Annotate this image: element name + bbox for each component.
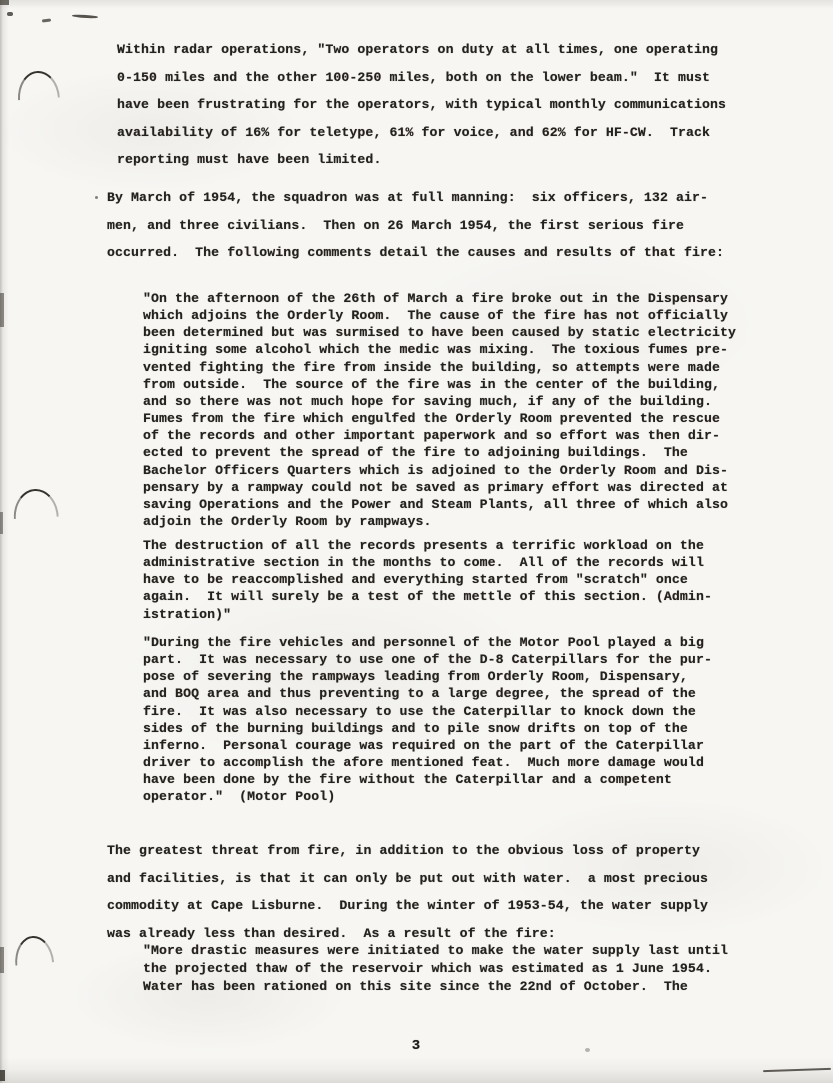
scan-edge-mark <box>0 947 4 973</box>
ink-speck <box>585 1048 590 1052</box>
ink-speck <box>7 12 13 16</box>
page-number: 3 <box>404 1038 428 1054</box>
paragraph-fire-threat: The greatest threat from fire, in additi… <box>107 837 708 947</box>
scan-edge-mark <box>0 1070 5 1081</box>
scan-edge-mark <box>0 0 9 5</box>
scan-edge-mark <box>0 512 3 534</box>
quote-records-destruction: The destruction of all the records prese… <box>143 537 712 623</box>
paragraph-radar-operations: Within radar operations, "Two operators … <box>117 36 726 174</box>
margin-arc-mark-3 <box>13 934 54 965</box>
quote-fire-dispensary: "On the afternoon of the 26th of March a… <box>143 290 736 530</box>
scan-line-artifact <box>763 1068 831 1072</box>
margin-arc-mark-1 <box>16 70 60 101</box>
paragraph-squadron-manning: By March of 1954, the squadron was at fu… <box>107 184 724 267</box>
scanned-document-page: Within radar operations, "Two operators … <box>0 0 833 1083</box>
pen-squiggle-mark <box>72 14 98 19</box>
pen-dash-mark <box>42 18 51 22</box>
quote-motor-pool: "During the fire vehicles and personnel … <box>143 634 712 806</box>
margin-arc-mark-2 <box>12 488 58 519</box>
quote-water-rationing: "More drastic measures were initiated to… <box>143 942 728 996</box>
scan-edge-mark <box>0 293 4 327</box>
ink-dot <box>95 196 98 199</box>
